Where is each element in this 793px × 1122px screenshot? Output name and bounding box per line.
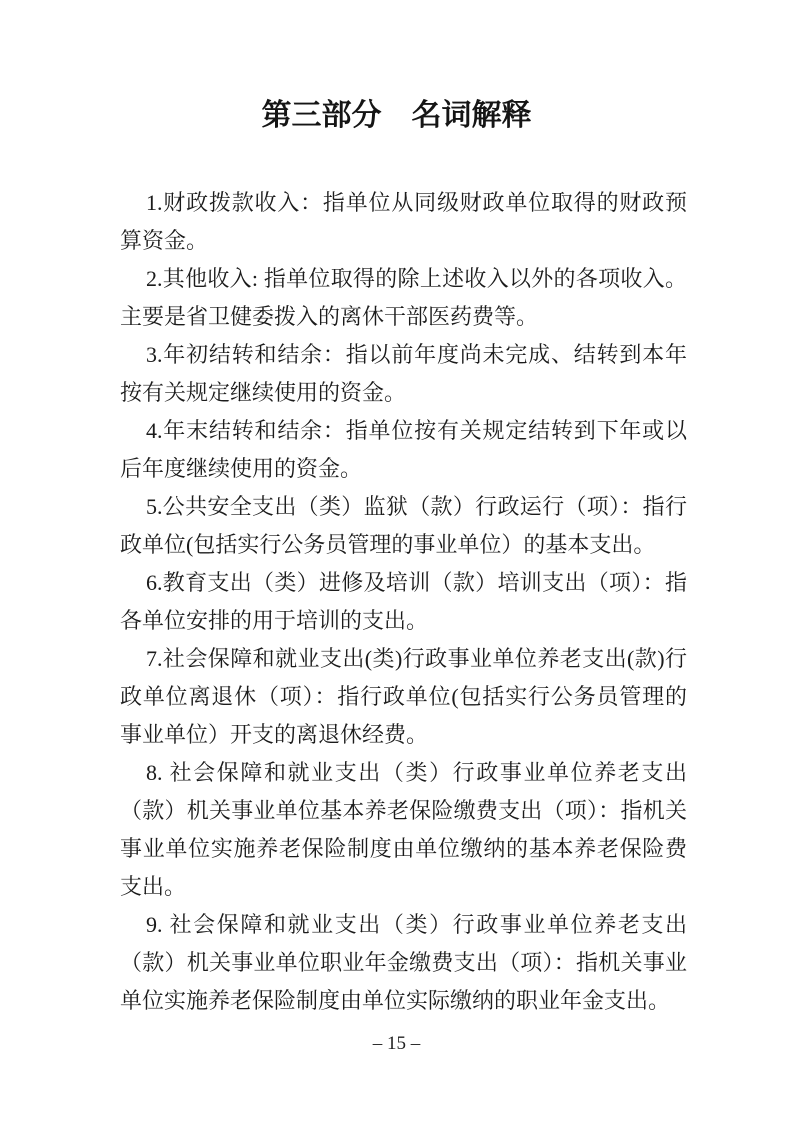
definition-paragraph: 9. 社会保障和就业支出（类）行政事业单位养老支出（款）机关事业单位职业年金缴费… — [120, 906, 687, 1020]
definition-paragraph: 3.年初结转和结余：指以前年度尚未完成、结转到本年按有关规定继续使用的资金。 — [120, 336, 687, 412]
definition-paragraph: 8. 社会保障和就业支出（类）行政事业单位养老支出（款）机关事业单位基本养老保险… — [120, 754, 687, 906]
page-number: – 15 – — [0, 1030, 793, 1058]
definition-paragraph: 4.年末结转和结余：指单位按有关规定结转到下年或以后年度继续使用的资金。 — [120, 412, 687, 488]
page-title: 第三部分 名词解释 — [0, 0, 793, 136]
definition-paragraph: 5.公共安全支出（类）监狱（款）行政运行（项）：指行政单位(包括实行公务员管理的… — [120, 488, 687, 564]
document-page: 第三部分 名词解释 1.财政拨款收入：指单位从同级财政单位取得的财政预算资金。 … — [0, 0, 793, 1122]
definition-paragraph: 7.社会保障和就业支出(类)行政事业单位养老支出(款)行政单位离退休（项）：指行… — [120, 640, 687, 754]
definition-paragraph: 1.财政拨款收入：指单位从同级财政单位取得的财政预算资金。 — [120, 184, 687, 260]
definition-paragraph: 6.教育支出（类）进修及培训（款）培训支出（项）：指各单位安排的用于培训的支出。 — [120, 564, 687, 640]
definition-paragraph: 2.其他收入: 指单位取得的除上述收入以外的各项收入。主要是省卫健委拨入的离休干… — [120, 260, 687, 336]
definitions-section: 1.财政拨款收入：指单位从同级财政单位取得的财政预算资金。 2.其他收入: 指单… — [120, 184, 687, 1020]
